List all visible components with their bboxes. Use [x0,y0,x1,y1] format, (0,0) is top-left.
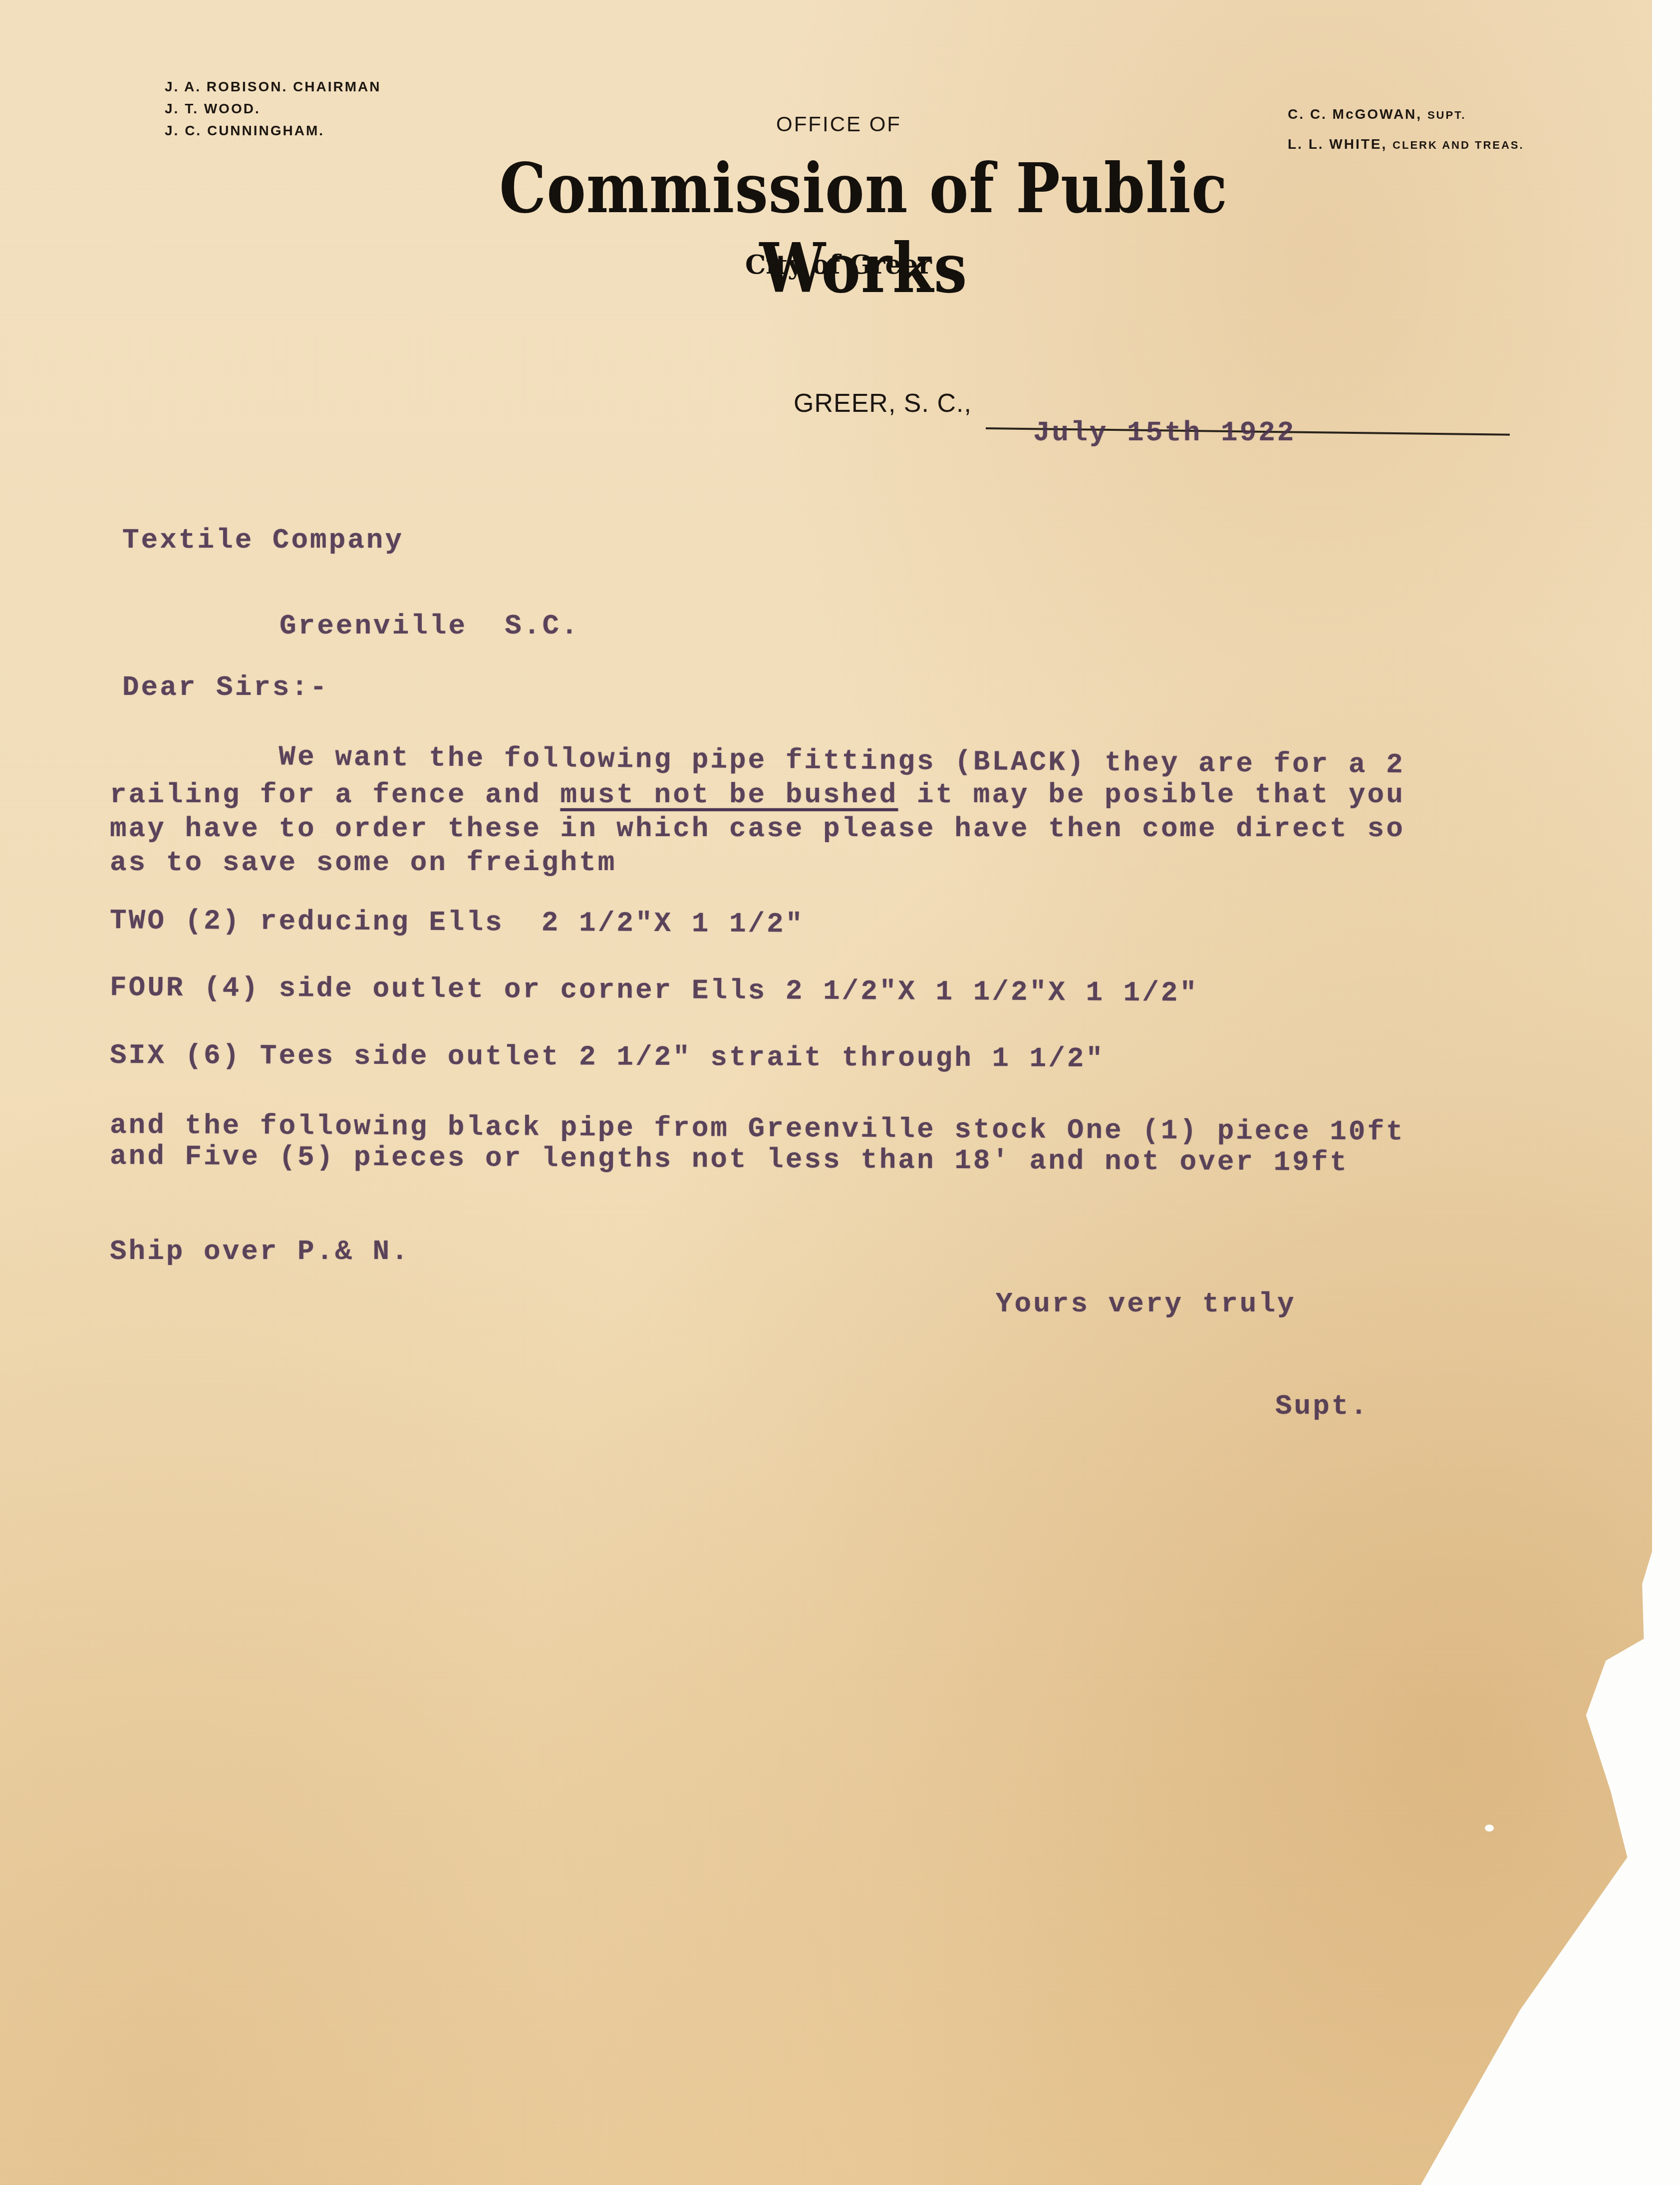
body-line: We want the following pipe fittings (BLA… [110,739,1517,783]
body-paragraph: We want the following pipe fittings (BLA… [110,744,1517,880]
officer-member: J. C. CUNNINGHAM. [165,120,381,142]
place-label: GREER, S. C., [794,388,972,418]
organization-title: Commission of Public Works [464,148,1263,308]
paper-hole [1485,1825,1494,1832]
recipient-name: Textile Company [122,524,404,556]
officer-name: L. L. WHITE, [1288,136,1387,152]
body-line: as to save some on freightm [110,846,1517,880]
letterhead-officers-right: C. C. McGOWAN, SUPT. L. L. WHITE, CLERK … [1288,100,1524,160]
shipping-instructions: Ship over P.& N. [110,1236,410,1267]
underlined-text: must not be bushed [560,779,898,811]
closing: Yours very truly [996,1288,1296,1320]
officer-clerk: L. L. WHITE, CLERK AND TREAS. [1288,130,1524,160]
organization-subtitle: City of Greer [734,250,943,280]
letterhead-officers-left: J. A. ROBISON. CHAIRMAN J. T. WOOD. J. C… [165,76,381,142]
officer-chairman: J. A. ROBISON. CHAIRMAN [165,76,381,98]
body-line: railing for a fence and must not be bush… [110,778,1517,812]
order-item: FOUR (4) side outlet or corner Ells 2 1/… [110,971,1198,1009]
body-text: it may be posible that you [898,779,1404,811]
letter-date: July 15th 1922 [1033,417,1296,449]
order-item: TWO (2) reducing Ells 2 1/2"X 1 1/2" [110,905,1198,942]
office-of-label: OFFICE OF [776,112,901,136]
officer-title: SUPT. [1427,109,1466,121]
salutation: Dear Sirs:- [122,671,329,703]
recipient-city: Greenville S.C. [280,610,580,642]
order-items: TWO (2) reducing Ells 2 1/2"X 1 1/2" FOU… [110,908,1198,1108]
officer-supt: C. C. McGOWAN, SUPT. [1288,100,1524,130]
body-line: may have to order these in which case pl… [110,812,1517,846]
signature-title: Supt. [1275,1390,1369,1422]
body-text: railing for a fence and [110,779,560,811]
pipe-line: and Five (5) pieces or lengths not less … [110,1141,1405,1179]
order-item: SIX (6) Tees side outlet 2 1/2" strait t… [110,1039,1198,1075]
pipe-paragraph: and the following black pipe from Greenv… [110,1113,1405,1175]
officer-title: CLERK AND TREAS. [1393,139,1524,151]
officer-member: J. T. WOOD. [165,98,381,120]
officer-name: C. C. McGOWAN, [1288,106,1422,122]
